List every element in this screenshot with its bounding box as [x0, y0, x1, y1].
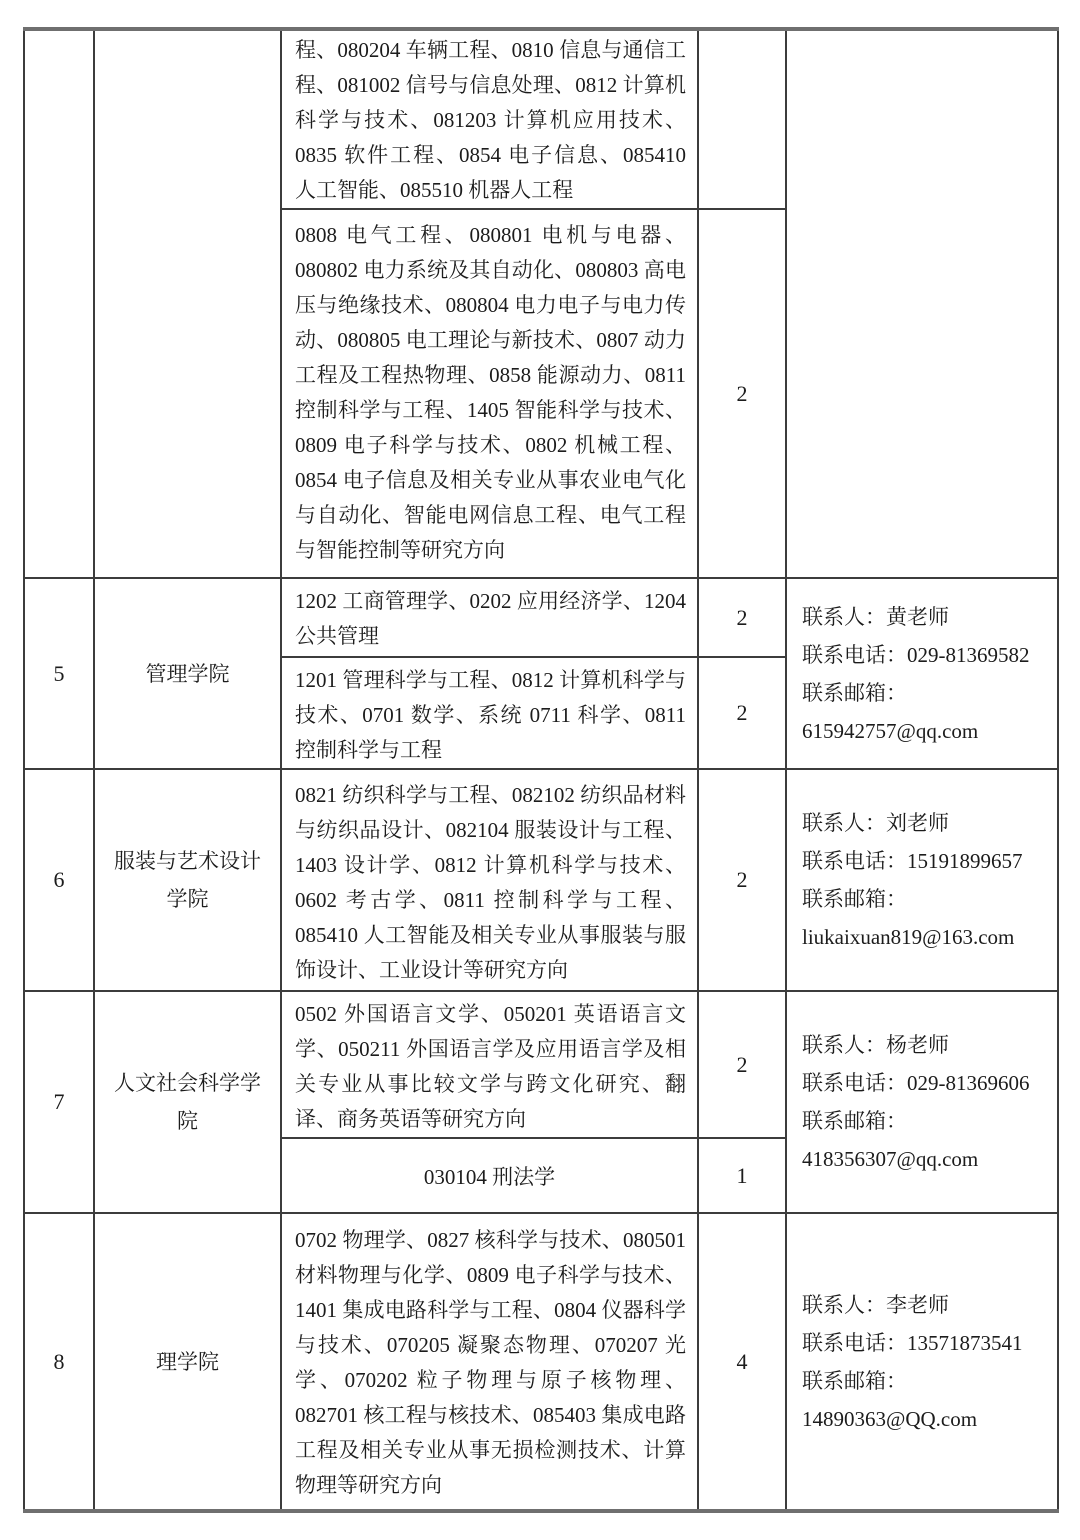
- contact-phone: 联系电话：029-81369582: [802, 636, 1053, 674]
- seq-cell: 7: [24, 991, 94, 1213]
- table-row: 程、080204 车辆工程、0810 信息与通信工程、081002 信号与信息处…: [24, 29, 1058, 209]
- count-cell: 2: [698, 991, 786, 1138]
- contact-person: 联系人：李老师: [802, 1286, 1053, 1324]
- seq-cell: [24, 29, 94, 578]
- contact-cell: 联系人：黄老师 联系电话：029-81369582 联系邮箱： 61594275…: [786, 578, 1058, 769]
- seq-cell: 8: [24, 1213, 94, 1511]
- seq-cell: 5: [24, 578, 94, 769]
- majors-cell: 程、080204 车辆工程、0810 信息与通信工程、081002 信号与信息处…: [281, 29, 698, 209]
- contact-phone: 联系电话：029-81369606: [802, 1064, 1053, 1102]
- majors-cell: 0502 外国语言文学、050201 英语语言文学、050211 外国语言学及应…: [281, 991, 698, 1138]
- majors-cell: 030104 刑法学: [281, 1138, 698, 1213]
- count-cell: [698, 29, 786, 209]
- count-cell: 4: [698, 1213, 786, 1511]
- college-cell: 理学院: [94, 1213, 281, 1511]
- contact-cell: 联系人：刘老师 联系电话：15191899657 联系邮箱： liukaixua…: [786, 769, 1058, 991]
- contact-email: 14890363@QQ.com: [802, 1400, 1053, 1438]
- contact-cell: 联系人：杨老师 联系电话：029-81369606 联系邮箱： 41835630…: [786, 991, 1058, 1213]
- contact-email: liukaixuan819@163.com: [802, 918, 1053, 956]
- table-row: 5 管理学院 1202 工商管理学、0202 应用经济学、1204 公共管理 2…: [24, 578, 1058, 657]
- table-row: 8 理学院 0702 物理学、0827 核科学与技术、080501 材料物理与化…: [24, 1213, 1058, 1511]
- contact-email: 418356307@qq.com: [802, 1140, 1053, 1178]
- seq-cell: 6: [24, 769, 94, 991]
- table-row: 6 服装与艺术设计学院 0821 纺织科学与工程、082102 纺织品材料与纺织…: [24, 769, 1058, 991]
- contact-email-label: 联系邮箱：: [802, 674, 1053, 712]
- contact-phone: 联系电话：15191899657: [802, 842, 1053, 880]
- college-cell: 管理学院: [94, 578, 281, 769]
- contact-email-label: 联系邮箱：: [802, 1362, 1053, 1400]
- contact-person: 联系人：杨老师: [802, 1026, 1053, 1064]
- contact-person: 联系人：刘老师: [802, 804, 1053, 842]
- college-cell: 人文社会科学学院: [94, 991, 281, 1213]
- college-cell: [94, 29, 281, 578]
- contact-email-label: 联系邮箱：: [802, 880, 1053, 918]
- contact-phone: 联系电话：13571873541: [802, 1324, 1053, 1362]
- recruitment-table: 程、080204 车辆工程、0810 信息与通信工程、081002 信号与信息处…: [23, 27, 1059, 1513]
- college-cell: 服装与艺术设计学院: [94, 769, 281, 991]
- count-cell: 2: [698, 209, 786, 578]
- majors-cell: 0702 物理学、0827 核科学与技术、080501 材料物理与化学、0809…: [281, 1213, 698, 1511]
- contact-email: 615942757@qq.com: [802, 712, 1053, 750]
- contact-person: 联系人：黄老师: [802, 598, 1053, 636]
- majors-cell: 1202 工商管理学、0202 应用经济学、1204 公共管理: [281, 578, 698, 657]
- count-cell: 1: [698, 1138, 786, 1213]
- majors-cell: 1201 管理科学与工程、0812 计算机科学与技术、0701 数学、系统 07…: [281, 657, 698, 769]
- majors-cell: 0821 纺织科学与工程、082102 纺织品材料与纺织品设计、082104 服…: [281, 769, 698, 991]
- document-page: { "colors": { "background": "#ffffff", "…: [0, 0, 1080, 1540]
- count-cell: 2: [698, 769, 786, 991]
- table-row: 7 人文社会科学学院 0502 外国语言文学、050201 英语语言文学、050…: [24, 991, 1058, 1138]
- contact-cell: [786, 29, 1058, 578]
- count-cell: 2: [698, 657, 786, 769]
- contact-cell: 联系人：李老师 联系电话：13571873541 联系邮箱： 14890363@…: [786, 1213, 1058, 1511]
- count-cell: 2: [698, 578, 786, 657]
- majors-cell: 0808 电气工程、080801 电机与电器、080802 电力系统及其自动化、…: [281, 209, 698, 578]
- contact-email-label: 联系邮箱：: [802, 1102, 1053, 1140]
